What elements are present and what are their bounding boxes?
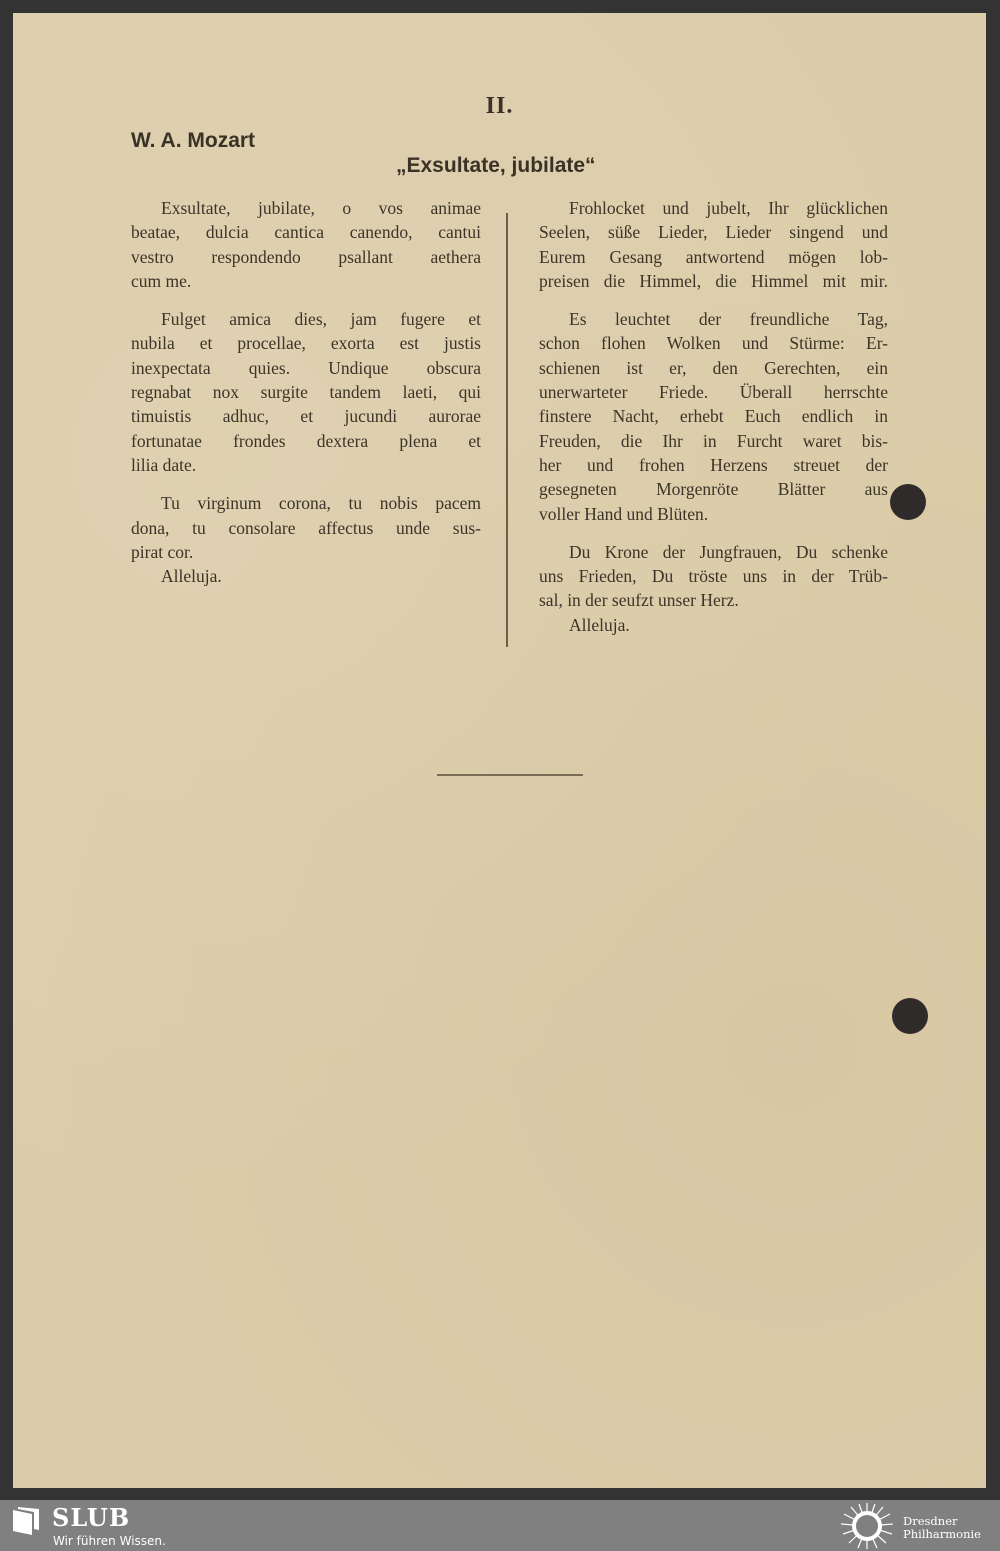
text-line: Freuden, die Ihr in Furcht waret bis- [539,429,888,453]
punch-hole [892,998,928,1034]
german-text-column: Frohlocket und jubelt, Ihr glücklichen S… [539,196,888,637]
text-line: Fulget amica dies, jam fugere et [131,307,481,331]
philharmonie-brand[interactable]: Dresdner Philharmonie [903,1515,981,1541]
latin-alleluia: Alleluja. [131,564,481,588]
text-line: Tu virginum corona, tu nobis pacem [131,491,481,515]
text-line: fortunatae frondes dextera plena et [131,429,481,453]
latin-stanza-1: Exsultate, jubilate, o vos animae beatae… [131,196,481,293]
german-stanza-1: Frohlocket und jubelt, Ihr glücklichen S… [539,196,888,293]
slub-tagline: Wir führen Wissen. [53,1534,166,1548]
text-line: dona, tu consolare affectus unde sus- [131,516,481,540]
text-line: regnabat nox surgite tandem laeti, qui [131,380,481,404]
text-line: Es leuchtet der freundliche Tag, [539,307,888,331]
slub-brand[interactable]: SLUB [52,1503,130,1532]
document-page: II. W. A. Mozart „Exsultate, jubilate“ E… [13,13,986,1488]
text-line: voller Hand und Blüten. [539,502,888,526]
text-line: pirat cor. [131,540,481,564]
text-line: uns Frieden, Du tröste uns in der Trüb- [539,564,888,588]
column-divider [506,213,508,647]
composer-name: W. A. Mozart [131,129,255,153]
end-rule [437,774,583,776]
text-line: lilia date. [131,453,481,477]
latin-stanza-2: Fulget amica dies, jam fugere et nubila … [131,307,481,477]
philharmonie-line2: Philharmonie [903,1528,981,1541]
text-line: beatae, dulcia cantica canendo, cantui [131,220,481,244]
text-line: preisen die Himmel, die Himmel mit mir. [539,269,888,293]
text-line: sal, in der seufzt unser Herz. [539,588,888,612]
text-line: finstere Nacht, erhebt Euch endlich in [539,404,888,428]
footer-bar: SLUB Wir führen Wissen. Dresdner Philhar… [0,1500,1000,1551]
german-alleluia: Alleluja. [539,613,888,637]
slub-book-icon [12,1506,40,1536]
text-line: cum me. [131,269,481,293]
work-title: „Exsultate, jubilate“ [396,154,596,178]
text-line: timuistis adhuc, et jucundi aurorae [131,404,481,428]
section-number: II. [13,93,986,120]
text-line: nubila et procellae, exorta est justis [131,331,481,355]
text-line: gesegneten Morgenröte Blätter aus [539,477,888,501]
text-line: Frohlocket und jubelt, Ihr glücklichen [539,196,888,220]
text-line: unerwarteter Friede. Überall herrschte [539,380,888,404]
text-line: her und frohen Herzens streuet der [539,453,888,477]
latin-text-column: Exsultate, jubilate, o vos animae beatae… [131,196,481,588]
text-line: vestro respondendo psallant aethera [131,245,481,269]
latin-stanza-3: Tu virginum corona, tu nobis pacem dona,… [131,491,481,564]
text-line: Eurem Gesang antwortend mögen lob- [539,245,888,269]
text-line: Seelen, süße Lieder, Lieder singend und [539,220,888,244]
german-stanza-2: Es leuchtet der freundliche Tag, schon f… [539,307,888,526]
text-line: inexpectata quies. Undique obscura [131,356,481,380]
philharmonie-sunburst-icon [840,1502,894,1550]
punch-hole [890,484,926,520]
text-line: Du Krone der Jungfrauen, Du schenke [539,540,888,564]
german-stanza-3: Du Krone der Jungfrauen, Du schenke uns … [539,540,888,613]
text-line: schienen ist er, den Gerechten, ein [539,356,888,380]
text-line: Exsultate, jubilate, o vos animae [131,196,481,220]
text-line: schon flohen Wolken und Stürme: Er- [539,331,888,355]
